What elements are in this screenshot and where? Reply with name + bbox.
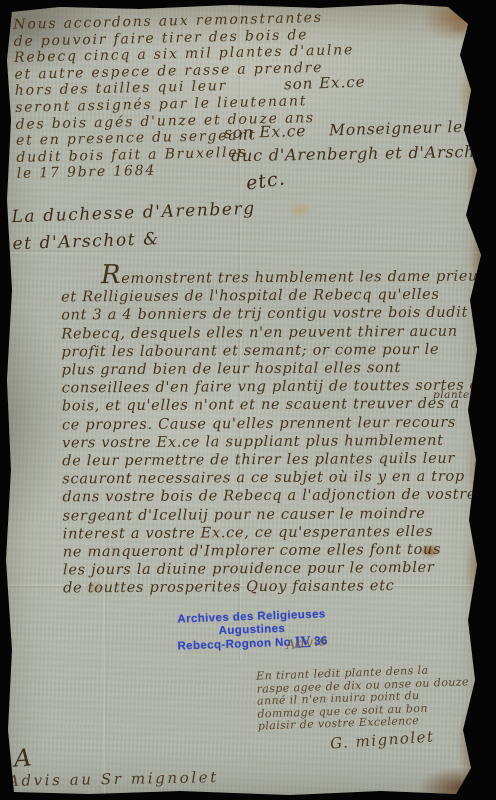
salutation-block: La duchesse d'Arenberget d'Arschot & — [11, 196, 257, 258]
faint-folio-mark — [448, 22, 470, 34]
manuscript-line: bois, et qu'elles n'ont et ne scauent tr… — [62, 395, 474, 416]
etc-flourish: etc. — [245, 167, 287, 194]
docket-initial: A — [13, 743, 32, 772]
manuscript-line: dans vostre bois de Rebecq a l'adjonctio… — [62, 486, 474, 507]
excellency-abbreviation: son Ex.ce — [284, 73, 366, 94]
petition-body-block: Remonstrent tres humblement les dame pri… — [61, 264, 475, 599]
signature: G. mignolet — [329, 727, 435, 752]
manuscript-line: profit les labourant et semant; or come … — [61, 340, 473, 361]
manuscript-line: les jours la diuine prouidence pour le c… — [63, 559, 475, 580]
address-line: duc d'Arenbergh et d'Arschot — [231, 142, 493, 166]
manuscript-page: Nous accordons aux remonstrantesde pouvo… — [0, 0, 496, 800]
docket-line: Advis au Sr mignolet — [8, 768, 219, 790]
advice-note-block: En tirant ledit plante dens laraspe agee… — [256, 663, 468, 733]
photograph-background: Nous accordons aux remonstrantesde pouvo… — [0, 0, 496, 800]
advis-annotation: Advis — [285, 634, 327, 653]
manuscript-line: de touttes prosperites Quoy faisantes et… — [63, 577, 475, 598]
stamp-series-label: Rebecq-Rognon No — [177, 637, 291, 653]
manuscript-line: Remonstrent tres humblement les dame pri… — [61, 264, 473, 289]
interlined-word: plantes — [433, 389, 475, 401]
manuscript-line: ont 3 a 4 bonniers de trij contigu vostr… — [61, 304, 473, 325]
